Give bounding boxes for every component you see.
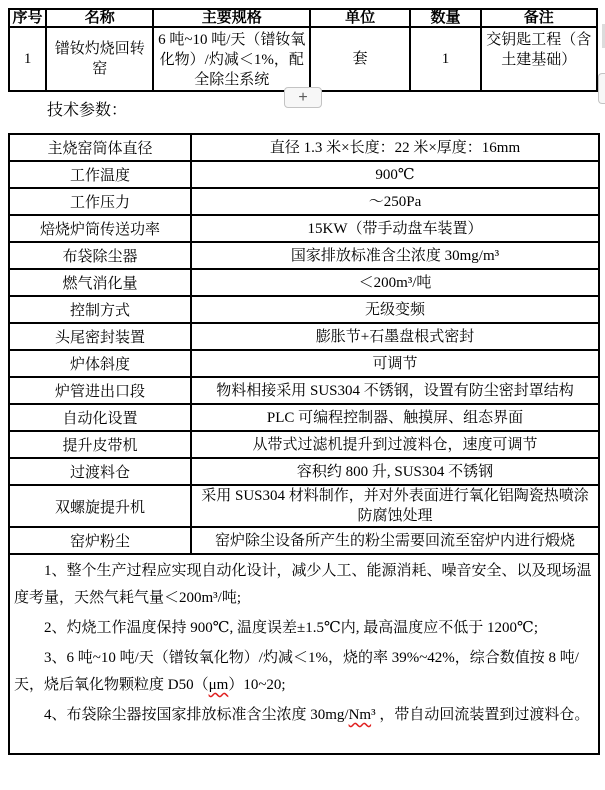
item-row: 1 镨钕灼烧回转窑 6 吨~10 吨/天（镨钕氧化物）/灼减＜1%，配全除尘系统… (9, 27, 597, 91)
tech-row: 工作温度 900℃ (9, 161, 599, 188)
tech-value-cell: ＜200m³/吨 (191, 269, 599, 296)
tech-label-cell: 炉管进出口段 (9, 377, 191, 404)
tech-value-cell: 采用 SUS304 材料制作，并对外表面进行氧化铝陶瓷热喷涂防腐蚀处理 (191, 485, 599, 527)
header-unit: 单位 (310, 9, 410, 27)
notes-cell: 1、整个生产过程应实现自动化设计，减少人工、能源消耗、噪音安全、以及现场温度考量… (9, 554, 599, 754)
tech-value-cell: 国家排放标准含尘浓度 30mg/m³ (191, 242, 599, 269)
spellcheck-underline: μm (209, 677, 229, 693)
tech-row: 主烧窑筒体直径 直径 1.3 米×长度：22 米×厚度：16mm (9, 134, 599, 161)
tech-value-cell: 无级变频 (191, 296, 599, 323)
tech-value-cell: 物料相接采用 SUS304 不锈钢，设置有防尘密封罩结构 (191, 377, 599, 404)
document-page: 序号 名称 主要规格 单位 数量 备注 1 镨钕灼烧回转窑 6 吨~10 吨/天… (0, 0, 605, 790)
tech-value-cell: 直径 1.3 米×长度：22 米×厚度：16mm (191, 134, 599, 161)
tech-params-heading: 技术参数： (47, 100, 127, 122)
tech-label-cell: 窑炉粉尘 (9, 527, 191, 554)
tech-label-cell: 布袋除尘器 (9, 242, 191, 269)
tech-label-cell: 主烧窑筒体直径 (9, 134, 191, 161)
tech-value-cell: 膨胀节+石墨盘根式密封 (191, 323, 599, 350)
tech-row: 自动化设置 PLC 可编程控制器、触摸屏、组态界面 (9, 404, 599, 431)
header-seq: 序号 (9, 9, 46, 27)
header-qty: 数量 (410, 9, 480, 27)
tech-row: 提升皮带机 从带式过滤机提升到过渡料仓，速度可调节 (9, 431, 599, 458)
items-header-row: 序号 名称 主要规格 单位 数量 备注 (9, 9, 597, 27)
tech-value-cell: 15KW（带手动盘车装置） (191, 215, 599, 242)
tech-value-cell: PLC 可编程控制器、触摸屏、组态界面 (191, 404, 599, 431)
tech-row: 窑炉粉尘 窑炉除尘设备所产生的粉尘需要回流至窑炉内进行煅烧 (9, 527, 599, 554)
item-name-cell: 镨钕灼烧回转窑 (46, 27, 153, 91)
tech-value-cell: 从带式过滤机提升到过渡料仓，速度可调节 (191, 431, 599, 458)
tech-label-cell: 工作温度 (9, 161, 191, 188)
tech-row: 炉体斜度 可调节 (9, 350, 599, 377)
tech-params-table: 主烧窑筒体直径 直径 1.3 米×长度：22 米×厚度：16mm 工作温度 90… (8, 133, 600, 755)
tech-value-cell: 容积约 800 升, SUS304 不锈钢 (191, 458, 599, 485)
tech-row: 双螺旋提升机 采用 SUS304 材料制作，并对外表面进行氧化铝陶瓷热喷涂防腐蚀… (9, 485, 599, 527)
tech-row: 工作压力 ～250Pa (9, 188, 599, 215)
add-row-button[interactable]: + (284, 87, 322, 108)
note-3-text: ）10~20; (228, 677, 285, 693)
note-4: 4、布袋除尘器按国家排放标准含尘浓度 30mg/Nm³ ，带自动回流装置到过渡料… (14, 702, 594, 729)
note-2: 2、灼烧工作温度保持 900℃, 温度误差±1.5℃内, 最高温度应不低于 12… (14, 615, 594, 642)
item-remark-cell: 交钥匙工程（含土建基础） (481, 27, 597, 91)
add-column-button-cutoff[interactable] (598, 73, 605, 104)
tech-value-cell: 窑炉除尘设备所产生的粉尘需要回流至窑炉内进行煅烧 (191, 527, 599, 554)
tech-label-cell: 提升皮带机 (9, 431, 191, 458)
items-table: 序号 名称 主要规格 单位 数量 备注 1 镨钕灼烧回转窑 6 吨~10 吨/天… (8, 8, 598, 92)
item-qty-cell: 1 (410, 27, 480, 91)
spellcheck-underline: Nm (349, 707, 372, 723)
note-3-text: 3、6 吨~10 吨/天（镨钕氧化物）/灼减＜1%，烧的率 39%~42%，综合… (14, 650, 579, 693)
tech-label-cell: 控制方式 (9, 296, 191, 323)
notes-row: 1、整个生产过程应实现自动化设计，减少人工、能源消耗、噪音安全、以及现场温度考量… (9, 554, 599, 754)
tech-label-cell: 炉体斜度 (9, 350, 191, 377)
tech-value-cell: ～250Pa (191, 188, 599, 215)
note-3: 3、6 吨~10 吨/天（镨钕氧化物）/灼减＜1%，烧的率 39%~42%，综合… (14, 645, 594, 699)
note-4-text: ³ ，带自动回流装置到过渡料仓。 (371, 707, 589, 723)
item-unit-cell: 套 (310, 27, 410, 91)
tech-row: 焙烧炉筒传送功率 15KW（带手动盘车装置） (9, 215, 599, 242)
tech-row: 头尾密封装置 膨胀节+石墨盘根式密封 (9, 323, 599, 350)
tech-value-cell: 900℃ (191, 161, 599, 188)
header-spec: 主要规格 (153, 9, 310, 27)
tech-label-cell: 燃气消化量 (9, 269, 191, 296)
item-spec-cell: 6 吨~10 吨/天（镨钕氧化物）/灼减＜1%，配全除尘系统 (153, 27, 310, 91)
tech-row: 燃气消化量 ＜200m³/吨 (9, 269, 599, 296)
tech-value-cell: 可调节 (191, 350, 599, 377)
tech-label-cell: 自动化设置 (9, 404, 191, 431)
tech-row: 布袋除尘器 国家排放标准含尘浓度 30mg/m³ (9, 242, 599, 269)
tech-label-cell: 头尾密封装置 (9, 323, 191, 350)
tech-label-cell: 过渡料仓 (9, 458, 191, 485)
tech-label-cell: 工作压力 (9, 188, 191, 215)
item-seq-cell: 1 (9, 27, 46, 91)
header-name: 名称 (46, 9, 153, 27)
tech-row: 炉管进出口段 物料相接采用 SUS304 不锈钢，设置有防尘密封罩结构 (9, 377, 599, 404)
note-4-text: 4、布袋除尘器按国家排放标准含尘浓度 30mg/ (44, 707, 349, 723)
tech-label-cell: 焙烧炉筒传送功率 (9, 215, 191, 242)
note-1: 1、整个生产过程应实现自动化设计，减少人工、能源消耗、噪音安全、以及现场温度考量… (14, 558, 594, 612)
tech-row: 过渡料仓 容积约 800 升, SUS304 不锈钢 (9, 458, 599, 485)
header-remark: 备注 (481, 9, 597, 27)
tech-label-cell: 双螺旋提升机 (9, 485, 191, 527)
tech-row: 控制方式 无级变频 (9, 296, 599, 323)
